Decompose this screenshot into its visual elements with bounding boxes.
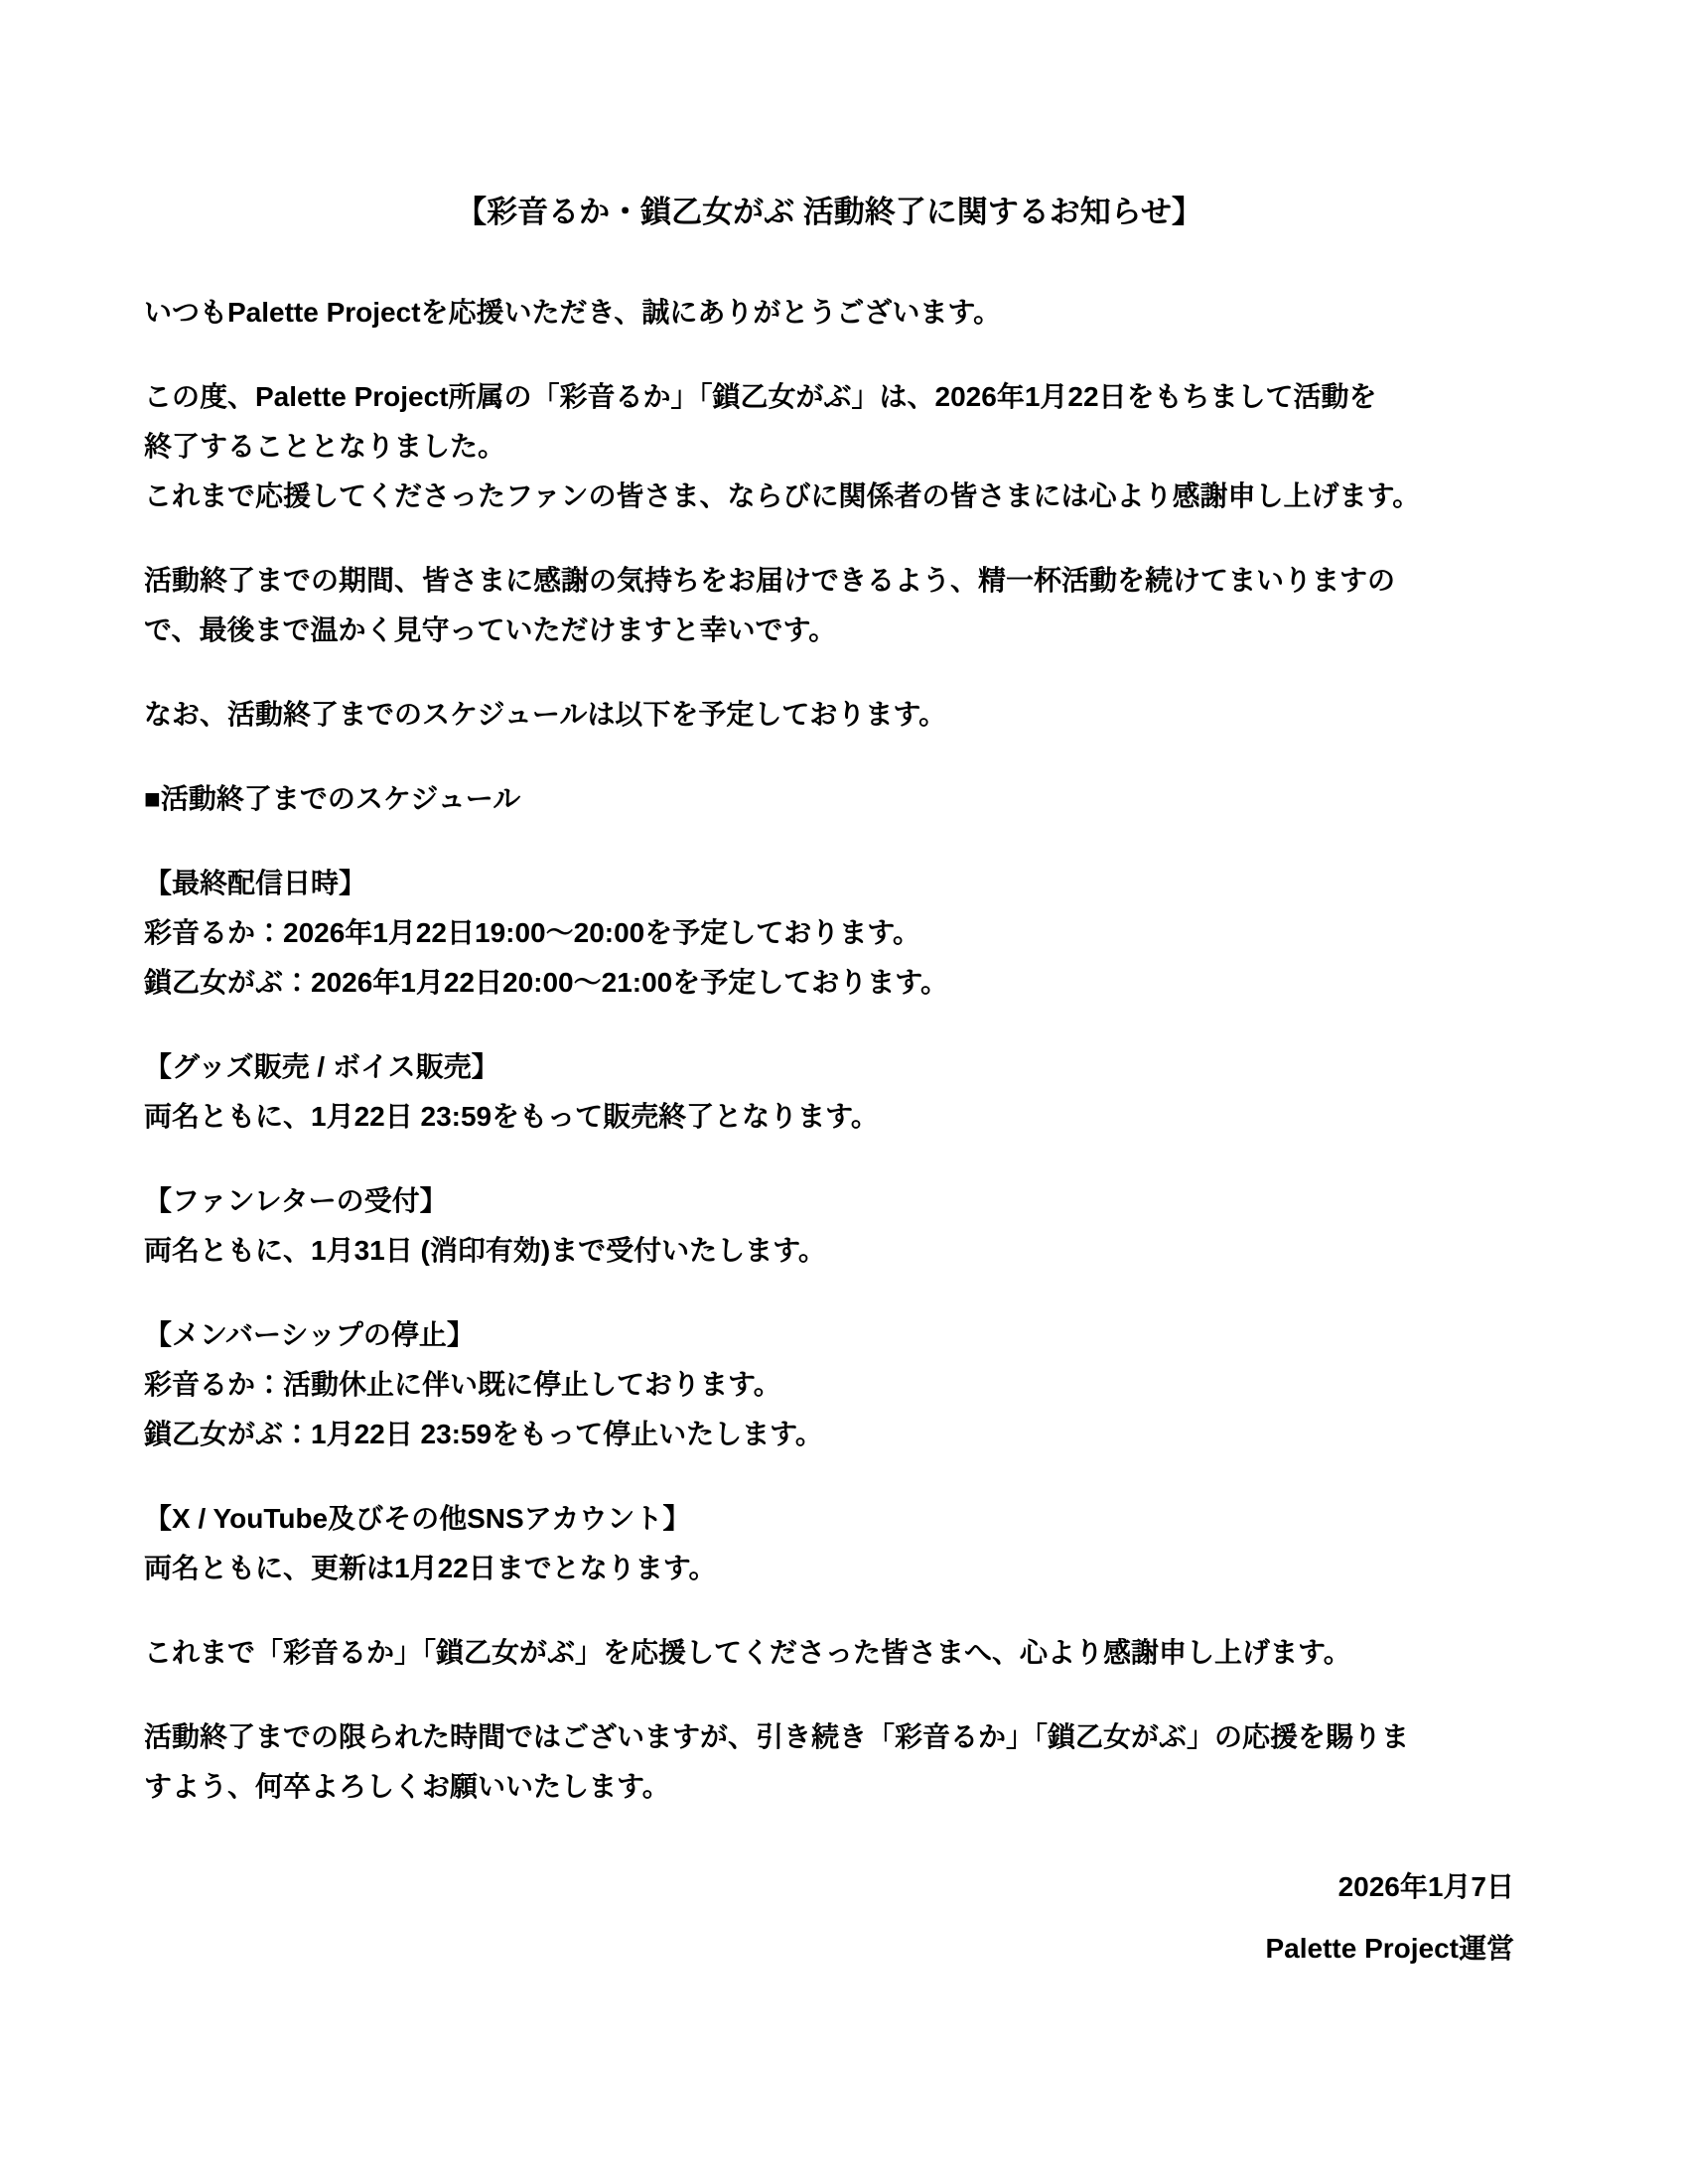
signature-block: 2026年1月7日 Palette Project運営 [144,1856,1514,1979]
section-heading-final-stream: 【最終配信日時】 [144,859,1514,908]
schedule-list-heading: ■活動終了までのスケジュール [144,774,1514,824]
intro-paragraph-greeting: いつもPalette Projectを応援いただき、誠にありがとうございます。 [144,288,1514,338]
schedule-section-fan-letters: 【ファンレターの受付】 両名ともに、1月31日 (消印有効)まで受付いたします。 [144,1176,1514,1276]
announcement-document: 【彩音るか・鎖乙女がぶ 活動終了に関するお知らせ】 いつもPalette Pro… [144,195,1514,1979]
signature-line: Palette Project運営 [144,1918,1514,1979]
schedule-section-membership: 【メンバーシップの停止】 彩音るか：活動休止に伴い既に停止しております。 鎖乙女… [144,1310,1514,1459]
section-heading-membership: 【メンバーシップの停止】 [144,1310,1514,1360]
section-lines-membership: 彩音るか：活動休止に伴い既に停止しております。 鎖乙女がぶ：1月22日 23:5… [144,1360,1514,1459]
date-line: 2026年1月7日 [144,1856,1514,1918]
schedule-section-sns-accounts: 【X / YouTube及びその他SNSアカウント】 両名ともに、更新は1月22… [144,1494,1514,1593]
section-heading-fan-letters: 【ファンレターの受付】 [144,1176,1514,1226]
section-lines-final-stream: 彩音るか：2026年1月22日19:00〜20:00を予定しております。 鎖乙女… [144,908,1514,1008]
closing-paragraph-request: 活動終了までの限られた時間ではございますが、引き続き「彩音るか」「鎖乙女がぶ」の… [144,1712,1514,1812]
schedule-section-final-stream: 【最終配信日時】 彩音るか：2026年1月22日19:00〜20:00を予定して… [144,859,1514,1008]
intro-paragraph-announcement: この度、Palette Project所属の「彩音るか」「鎖乙女がぶ」は、202… [144,372,1514,521]
section-heading-sns-accounts: 【X / YouTube及びその他SNSアカウント】 [144,1494,1514,1544]
section-lines-sns-accounts: 両名ともに、更新は1月22日までとなります。 [144,1544,1514,1593]
section-lines-goods-voice: 両名ともに、1月22日 23:59をもって販売終了となります。 [144,1092,1514,1142]
section-lines-fan-letters: 両名ともに、1月31日 (消印有効)まで受付いたします。 [144,1226,1514,1276]
closing-paragraph-thanks: これまで「彩音るか」「鎖乙女がぶ」を応援してくださった皆さまへ、心より感謝申し上… [144,1628,1514,1678]
intro-paragraph-schedule-lead: なお、活動終了までのスケジュールは以下を予定しております。 [144,690,1514,740]
section-heading-goods-voice: 【グッズ販売 / ボイス販売】 [144,1042,1514,1092]
page-title: 【彩音るか・鎖乙女がぶ 活動終了に関するお知らせ】 [144,195,1514,230]
intro-paragraph-gratitude: 活動終了までの期間、皆さまに感謝の気持ちをお届けできるよう、精一杯活動を続けてま… [144,556,1514,655]
schedule-section-goods-voice: 【グッズ販売 / ボイス販売】 両名ともに、1月22日 23:59をもって販売終… [144,1042,1514,1142]
